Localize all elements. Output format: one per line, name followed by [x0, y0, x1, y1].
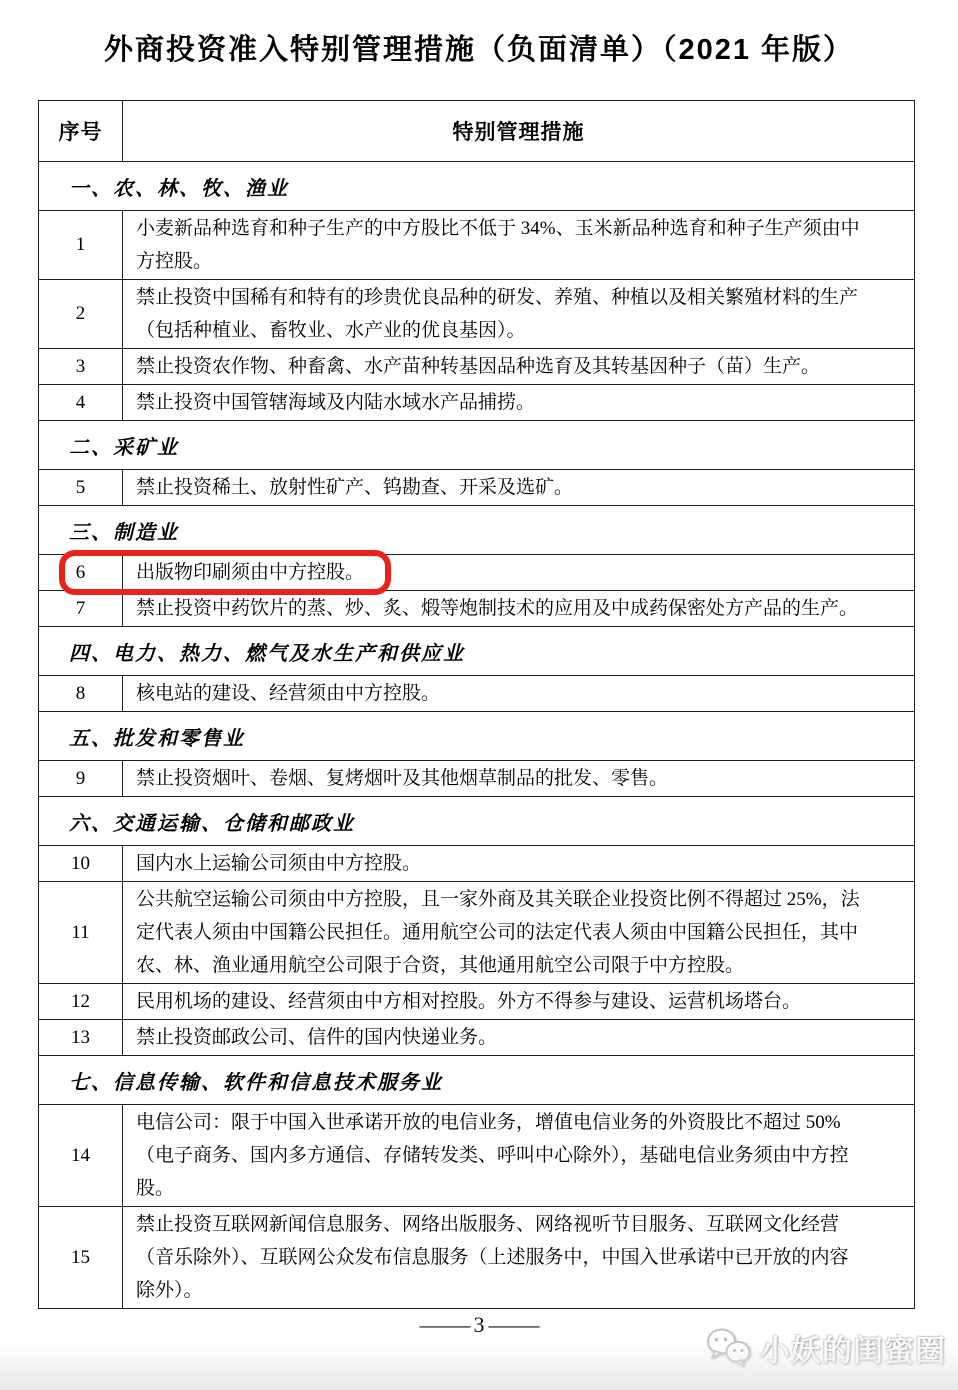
table-row: 14电信公司：限于中国入世承诺开放的电信业务，增值电信业务的外资股比不超过 50… — [39, 1105, 915, 1207]
row-number-cell: 8 — [39, 676, 123, 712]
row-measure-cell: 禁止投资农作物、种畜禽、水产苗种转基因品种选育及其转基因种子（苗）生产。 — [123, 349, 915, 385]
column-header-measure: 特别管理措施 — [123, 101, 915, 162]
section-header-cell: 一、农、林、牧、渔业 — [39, 162, 915, 211]
section-header-cell: 二、采矿业 — [39, 421, 915, 470]
row-number-cell: 4 — [39, 385, 123, 421]
page-number-dash: — — [488, 1312, 539, 1338]
page-number-dash: — — [419, 1312, 470, 1338]
row-measure-cell: 禁止投资中药饮片的蒸、炒、炙、煅等炮制技术的应用及中成药保密处方产品的生产。 — [123, 591, 915, 627]
row-number-cell: 10 — [39, 846, 123, 882]
section-header-cell: 五、批发和零售业 — [39, 712, 915, 761]
watermark: 小妖的闺蜜圈 — [705, 1326, 946, 1370]
section-header-cell: 三、制造业 — [39, 506, 915, 555]
table-row: 3禁止投资农作物、种畜禽、水产苗种转基因品种选育及其转基因种子（苗）生产。 — [39, 349, 915, 385]
section-row: 三、制造业 — [39, 506, 915, 555]
section-row: 六、交通运输、仓储和邮政业 — [39, 797, 915, 846]
table-row: 12民用机场的建设、经营须由中方相对控股。外方不得参与建设、运营机场塔台。 — [39, 984, 915, 1020]
row-measure-cell: 禁止投资邮政公司、信件的国内快递业务。 — [123, 1020, 915, 1056]
page-number-value: 3 — [474, 1312, 485, 1337]
table-row: 1小麦新品种选育和种子生产的中方股比不低于 34%、玉米新品种选育和种子生产须由… — [39, 211, 915, 280]
section-header-cell: 四、电力、热力、燃气及水生产和供应业 — [39, 627, 915, 676]
watermark-label: 小妖的闺蜜圈 — [760, 1326, 946, 1370]
page-title: 外商投资准入特别管理措施（负面清单）（2021 年版） — [0, 0, 958, 68]
table-row: 8核电站的建设、经营须由中方控股。 — [39, 676, 915, 712]
section-row: 四、电力、热力、燃气及水生产和供应业 — [39, 627, 915, 676]
table-row: 13禁止投资邮政公司、信件的国内快递业务。 — [39, 1020, 915, 1056]
row-measure-cell: 禁止投资互联网新闻信息服务、网络出版服务、网络视听节目服务、互联网文化经营（音乐… — [123, 1207, 915, 1309]
table-body: 一、农、林、牧、渔业1小麦新品种选育和种子生产的中方股比不低于 34%、玉米新品… — [39, 162, 915, 1309]
row-number-cell: 3 — [39, 349, 123, 385]
row-measure-cell: 民用机场的建设、经营须由中方相对控股。外方不得参与建设、运营机场塔台。 — [123, 984, 915, 1020]
row-measure-cell: 禁止投资烟叶、卷烟、复烤烟叶及其他烟草制品的批发、零售。 — [123, 761, 915, 797]
row-number-cell: 7 — [39, 591, 123, 627]
row-measure-cell: 禁止投资稀土、放射性矿产、钨勘查、开采及选矿。 — [123, 470, 915, 506]
row-measure-cell: 禁止投资中国稀有和特有的珍贵优良品种的研发、养殖、种植以及相关繁殖材料的生产（包… — [123, 280, 915, 349]
row-measure-cell: 核电站的建设、经营须由中方控股。 — [123, 676, 915, 712]
table-row: 9禁止投资烟叶、卷烟、复烤烟叶及其他烟草制品的批发、零售。 — [39, 761, 915, 797]
section-header-cell: 六、交通运输、仓储和邮政业 — [39, 797, 915, 846]
negative-list-table: 序号 特别管理措施 一、农、林、牧、渔业1小麦新品种选育和种子生产的中方股比不低… — [38, 100, 915, 1309]
table-row: 6出版物印刷须由中方控股。 — [39, 555, 915, 591]
row-number-cell: 6 — [39, 555, 123, 591]
table-row: 4禁止投资中国管辖海域及内陆水域水产品捕捞。 — [39, 385, 915, 421]
row-number-cell: 12 — [39, 984, 123, 1020]
row-number-cell: 1 — [39, 211, 123, 280]
row-number-cell: 2 — [39, 280, 123, 349]
row-measure-cell: 出版物印刷须由中方控股。 — [123, 555, 915, 591]
row-measure-cell: 电信公司：限于中国入世承诺开放的电信业务，增值电信业务的外资股比不超过 50%（… — [123, 1105, 915, 1207]
column-header-no: 序号 — [39, 101, 123, 162]
row-measure-cell: 国内水上运输公司须由中方控股。 — [123, 846, 915, 882]
row-number-cell: 13 — [39, 1020, 123, 1056]
wechat-chat-bubbles-icon — [705, 1327, 753, 1369]
section-header-cell: 七、信息传输、软件和信息技术服务业 — [39, 1056, 915, 1105]
table-row: 7禁止投资中药饮片的蒸、炒、炙、煅等炮制技术的应用及中成药保密处方产品的生产。 — [39, 591, 915, 627]
section-row: 一、农、林、牧、渔业 — [39, 162, 915, 211]
row-number-cell: 11 — [39, 882, 123, 984]
row-number-cell: 14 — [39, 1105, 123, 1207]
table-row: 5禁止投资稀土、放射性矿产、钨勘查、开采及选矿。 — [39, 470, 915, 506]
row-number-cell: 15 — [39, 1207, 123, 1309]
row-measure-cell: 公共航空运输公司须由中方控股，且一家外商及其关联企业投资比例不得超过 25%，法… — [123, 882, 915, 984]
table-row: 10国内水上运输公司须由中方控股。 — [39, 846, 915, 882]
table-row: 11公共航空运输公司须由中方控股，且一家外商及其关联企业投资比例不得超过 25%… — [39, 882, 915, 984]
table-header-row: 序号 特别管理措施 — [39, 101, 915, 162]
table-row: 2禁止投资中国稀有和特有的珍贵优良品种的研发、养殖、种植以及相关繁殖材料的生产（… — [39, 280, 915, 349]
section-row: 二、采矿业 — [39, 421, 915, 470]
row-measure-cell: 小麦新品种选育和种子生产的中方股比不低于 34%、玉米新品种选育和种子生产须由中… — [123, 211, 915, 280]
section-row: 七、信息传输、软件和信息技术服务业 — [39, 1056, 915, 1105]
table-row: 15禁止投资互联网新闻信息服务、网络出版服务、网络视听节目服务、互联网文化经营（… — [39, 1207, 915, 1309]
section-row: 五、批发和零售业 — [39, 712, 915, 761]
row-number-cell: 9 — [39, 761, 123, 797]
document-page: 外商投资准入特别管理措施（负面清单）（2021 年版） 序号 特别管理措施 一、… — [0, 0, 958, 1390]
row-measure-cell: 禁止投资中国管辖海域及内陆水域水产品捕捞。 — [123, 385, 915, 421]
row-number-cell: 5 — [39, 470, 123, 506]
